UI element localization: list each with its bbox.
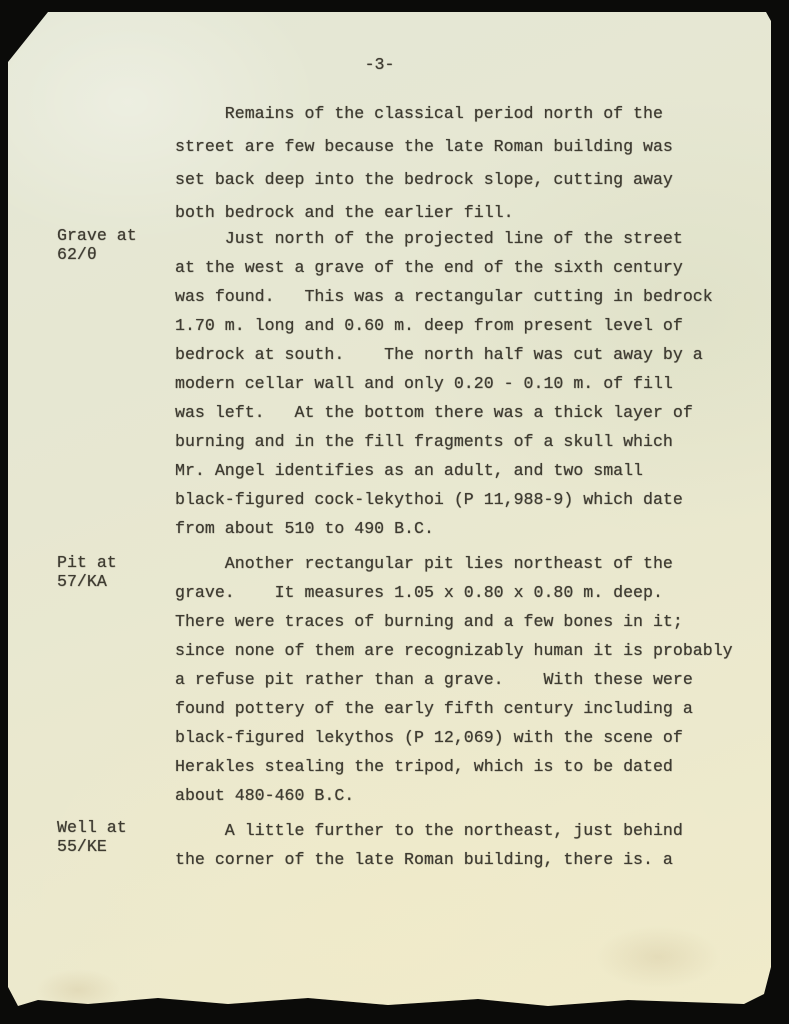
paragraph-well: A little further to the northeast, just … — [175, 816, 683, 874]
paragraph-intro: Remains of the classical period north of… — [175, 97, 673, 229]
paragraph-grave: Just north of the projected line of the … — [175, 224, 713, 543]
page-number: -3- — [0, 55, 761, 75]
margin-note-pit: Pit at 57/KA — [57, 553, 117, 591]
paper-sheet: -3- Remains of the classical period nort… — [8, 12, 771, 1008]
margin-note-well: Well at 55/KE — [57, 818, 127, 856]
margin-note-grave: Grave at 62/θ — [57, 226, 137, 264]
paragraph-pit: Another rectangular pit lies northeast o… — [175, 549, 733, 810]
